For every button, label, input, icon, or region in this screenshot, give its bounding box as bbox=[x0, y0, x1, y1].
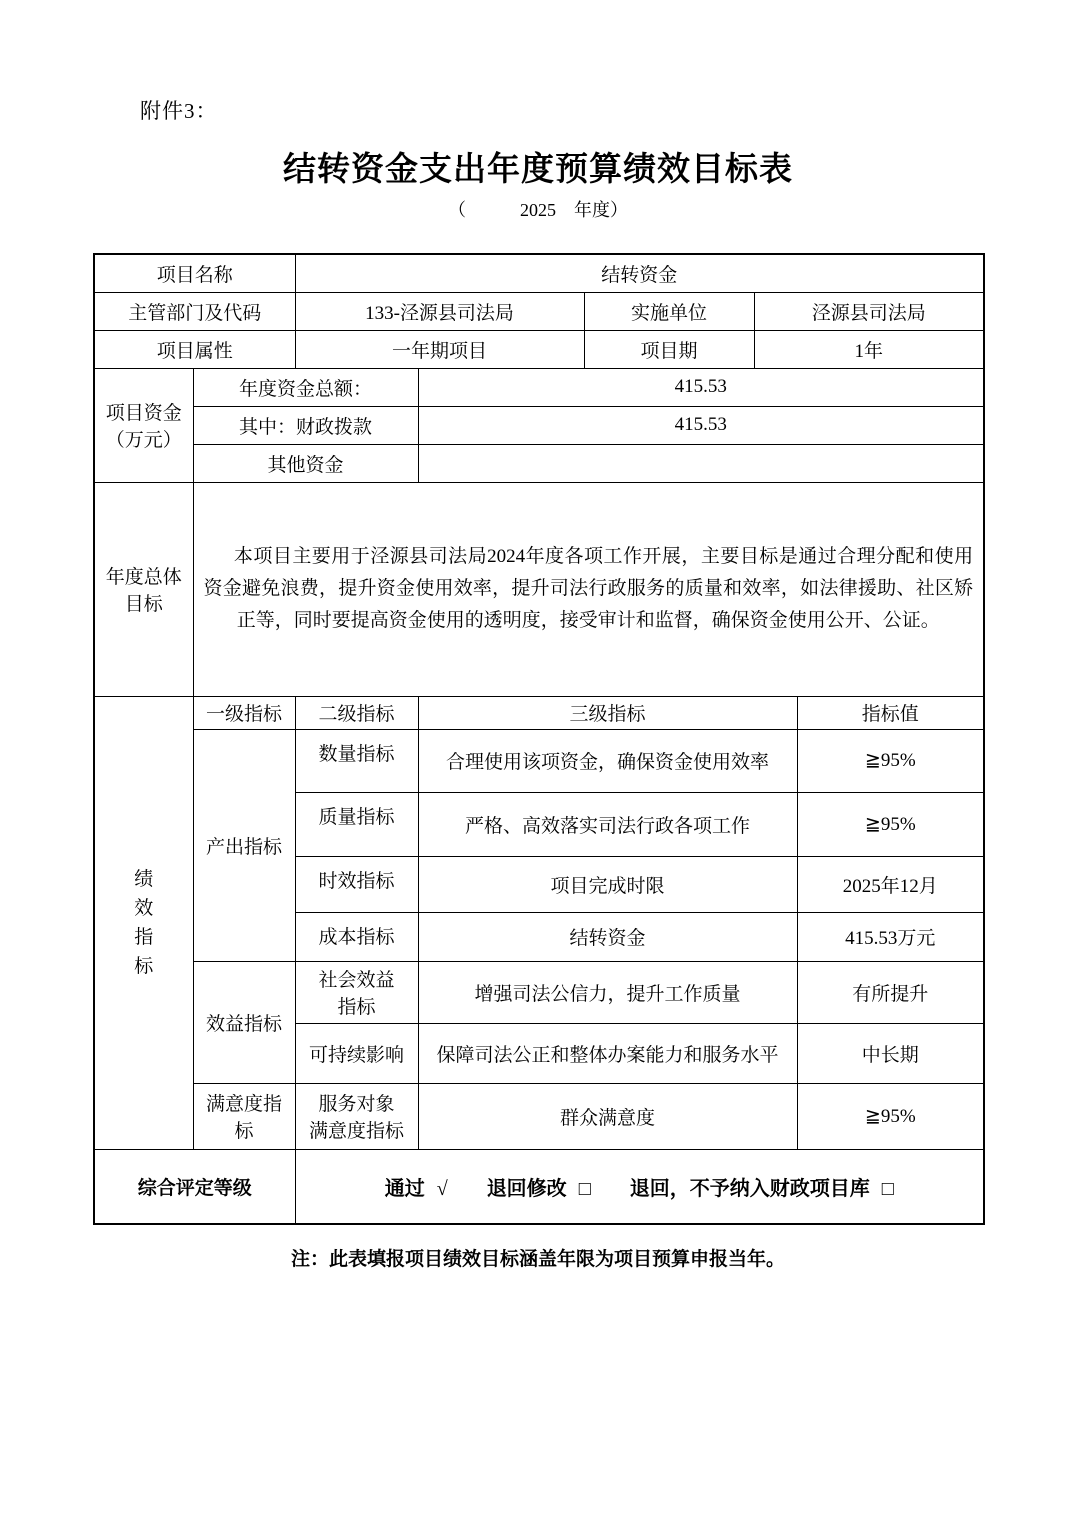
option-pass-label: 通过 bbox=[385, 1178, 425, 1200]
indicator-level3-satisfaction: 群众满意度 bbox=[418, 1083, 797, 1149]
option-reject: 退回，不予纳入财政项目库□ bbox=[630, 1172, 894, 1201]
indicator-value-quantity: ≧95% bbox=[797, 729, 984, 792]
indicator-level3-quantity: 合理使用该项资金，确保资金使用效率 bbox=[418, 729, 797, 792]
project-name-value: 结转资金 bbox=[295, 254, 984, 292]
impl-unit-value: 泾源县司法局 bbox=[754, 292, 984, 330]
page-subtitle: （ 2025 年度） bbox=[93, 196, 983, 222]
dept-code-label: 主管部门及代码 bbox=[94, 292, 295, 330]
option-pass: 通过√ bbox=[385, 1172, 448, 1201]
level1-output-label: 产出指标 bbox=[193, 729, 295, 961]
funding-other-label: 其他资金 bbox=[193, 444, 418, 482]
indicator-level3-quality: 严格、高效落实司法行政各项工作 bbox=[418, 792, 797, 856]
funding-other-value bbox=[418, 444, 984, 482]
indicator-value-social: 有所提升 bbox=[797, 961, 984, 1023]
indicator-value-timeliness: 2025年12月 bbox=[797, 856, 984, 912]
option-return-label: 退回修改 bbox=[487, 1178, 567, 1200]
indicator-level2-timeliness: 时效指标 bbox=[295, 856, 418, 912]
performance-group-label: 绩效指标 bbox=[133, 865, 154, 981]
annual-goal-text: 本项目主要用于泾源县司法局2024年度各项工作开展，主要目标是通过合理分配和使用… bbox=[193, 482, 984, 696]
indicator-level3-cost: 结转资金 bbox=[418, 912, 797, 961]
level1-benefit-label: 效益指标 bbox=[193, 961, 295, 1083]
funding-total-value: 415.53 bbox=[418, 368, 984, 406]
indicator-level3-timeliness: 项目完成时限 bbox=[418, 856, 797, 912]
funding-fiscal-value: 415.53 bbox=[418, 406, 984, 444]
indicator-level2-cost: 成本指标 bbox=[295, 912, 418, 961]
project-name-label: 项目名称 bbox=[94, 254, 295, 292]
return-checkbox-icon[interactable]: □ bbox=[579, 1178, 591, 1201]
header-level2: 二级指标 bbox=[295, 696, 418, 729]
header-level1: 一级指标 bbox=[193, 696, 295, 729]
funding-fiscal-label: 其中：财政拨款 bbox=[193, 406, 418, 444]
project-period-value: 1年 bbox=[754, 330, 984, 368]
indicator-level2-sustain: 可持续影响 bbox=[295, 1023, 418, 1083]
project-attr-value: 一年期项目 bbox=[295, 330, 584, 368]
project-attr-label: 项目属性 bbox=[94, 330, 295, 368]
indicator-value-sustain: 中长期 bbox=[797, 1023, 984, 1083]
indicator-value-quality: ≧95% bbox=[797, 792, 984, 856]
impl-unit-label: 实施单位 bbox=[584, 292, 754, 330]
footnote: 注：此表填报项目绩效目标涵盖年限为项目预算申报当年。 bbox=[93, 1244, 983, 1271]
level1-satisfaction-label: 满意度指 标 bbox=[193, 1083, 295, 1149]
indicator-level2-quantity: 数量指标 bbox=[295, 729, 418, 792]
indicator-value-cost: 415.53万元 bbox=[797, 912, 984, 961]
reject-checkbox-icon[interactable]: □ bbox=[882, 1178, 894, 1201]
page-title: 结转资金支出年度预算绩效目标表 bbox=[93, 143, 983, 190]
indicator-value-satisfaction: ≧95% bbox=[797, 1083, 984, 1149]
header-level3: 三级指标 bbox=[418, 696, 797, 729]
option-return: 退回修改□ bbox=[487, 1172, 591, 1201]
option-reject-label: 退回，不予纳入财政项目库 bbox=[630, 1178, 870, 1200]
header-value: 指标值 bbox=[797, 696, 984, 729]
project-period-label: 项目期 bbox=[584, 330, 754, 368]
indicator-level2-quality: 质量指标 bbox=[295, 792, 418, 856]
pass-checkmark-icon[interactable]: √ bbox=[437, 1178, 448, 1201]
rating-options: 通过√ 退回修改□ 退回，不予纳入财政项目库□ bbox=[295, 1149, 984, 1224]
rating-label: 综合评定等级 bbox=[94, 1149, 295, 1224]
indicator-level2-satisfaction: 服务对象 满意度指标 bbox=[295, 1083, 418, 1149]
document-page: 附件3： 结转资金支出年度预算绩效目标表 （ 2025 年度） 项目名称 结转资… bbox=[0, 0, 1074, 1520]
indicator-level2-social: 社会效益 指标 bbox=[295, 961, 418, 1023]
funding-group-label: 项目资金 （万元） bbox=[94, 368, 193, 482]
funding-total-label: 年度资金总额： bbox=[193, 368, 418, 406]
budget-performance-table: 项目名称 结转资金 主管部门及代码 133-泾源县司法局 实施单位 泾源县司法局… bbox=[93, 253, 985, 1225]
annual-goal-label: 年度总体 目标 bbox=[94, 482, 193, 696]
indicator-level3-sustain: 保障司法公正和整体办案能力和服务水平 bbox=[418, 1023, 797, 1083]
indicator-level3-social: 增强司法公信力，提升工作质量 bbox=[418, 961, 797, 1023]
dept-code-value: 133-泾源县司法局 bbox=[295, 292, 584, 330]
performance-group-cell: 绩效指标 bbox=[94, 696, 193, 1149]
attachment-label: 附件3： bbox=[140, 95, 218, 125]
